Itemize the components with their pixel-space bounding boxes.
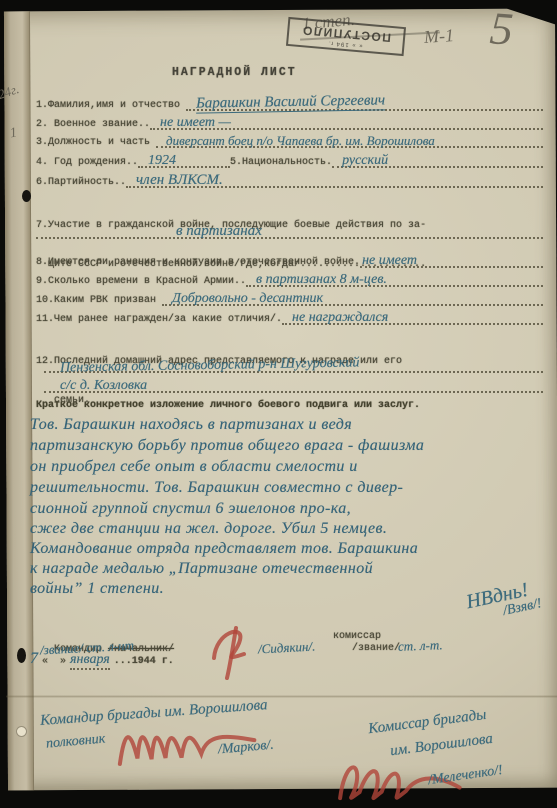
field-value: в партизанах 8 м-цев. xyxy=(256,272,387,288)
commander-name: /Сидякин/. xyxy=(258,639,316,658)
field-address-line1: Пензенская обл. Сосновоборский р-н Шугур… xyxy=(44,356,543,373)
date-month: января xyxy=(70,652,110,670)
citation-line: он приобрел себе опыт в области смелости… xyxy=(30,458,545,476)
citation-line: Командование отряда представляет тов. Ба… xyxy=(30,540,545,558)
dotted-line: Барашкин Василий Сергеевич xyxy=(186,92,543,111)
dotted-line: с/с д. Козловка xyxy=(44,374,543,393)
field-value: с/с д. Козловка xyxy=(60,378,147,394)
field-label: 2. Военное звание.. xyxy=(36,119,150,130)
date-quotes: « » xyxy=(42,656,66,667)
citation-line: сионной группой спустил 6 эшелонов про-к… xyxy=(30,500,545,518)
field-label: 3.Должность и часть xyxy=(36,137,156,148)
dotted-line: не награждался xyxy=(282,306,543,325)
dotted-line: не имеет xyxy=(360,249,543,268)
field-label: 11.Чем ранее награжден/за какие отличия/… xyxy=(36,314,282,325)
dotted-line: Добровольно - десантник xyxy=(162,287,543,306)
dotted-line: в партизанах 8 м-цев. xyxy=(246,268,543,287)
field-wounds: 8.Имеются ли ранения и контузии в отечес… xyxy=(36,251,543,268)
field-label: 8.Имеются ли ранения и контузии в отечес… xyxy=(36,257,360,268)
field-previous-awards: 11.Чем ранее награжден/за какие отличия/… xyxy=(36,308,543,325)
commissar-rank: ст. л-т. xyxy=(398,637,443,655)
signature-scribble-red xyxy=(200,620,266,682)
field-label: 4. Год рождения.. xyxy=(36,157,138,168)
field-value: не имеет xyxy=(362,253,417,269)
field-label: 6.Партийность.. xyxy=(36,177,126,188)
dotted-line: член ВЛКСМ. xyxy=(126,169,543,188)
citation-line: к награде медалью „Партизане отечественн… xyxy=(30,560,545,578)
citation-heading: Краткое конкретное изложение личного бое… xyxy=(36,399,420,412)
citation-line: сжег две станции на жел. дороге. Убил 5 … xyxy=(30,520,545,538)
punch-hole xyxy=(17,648,26,663)
date-year: ...1944 г. xyxy=(114,656,174,667)
field-unit: 3.Должность и часть диверсант боец п/о Ч… xyxy=(36,131,543,148)
dotted-line: русский xyxy=(332,149,543,168)
field-service-time: 9.Сколько времени в Красной Армии.. в па… xyxy=(36,270,543,287)
citation-line: решительности. Тов. Барашкин совместно с… xyxy=(30,479,545,497)
citation-line: Тов. Барашкин находясь в партизанах и ве… xyxy=(30,416,545,434)
field-label: 5.Национальность. xyxy=(230,157,332,168)
field-value: не награждался xyxy=(292,310,388,326)
field-birth-nationality: 4. Год рождения.. 1924 5.Национальность.… xyxy=(36,151,543,168)
punch-hole xyxy=(22,190,31,202)
document-title: НАГРАДНОЙ ЛИСТ xyxy=(172,66,297,79)
citation-line: партизанскую борьбу против общего врага … xyxy=(30,437,545,455)
dotted-line: в партизанах xyxy=(36,220,543,239)
field-party: 6.Партийность.. член ВЛКСМ. xyxy=(36,171,543,188)
field-label: 1.Фамилия,имя и отчество xyxy=(36,100,186,111)
field-label: 10.Каким РВК призван xyxy=(36,295,162,306)
punch-hole xyxy=(16,726,27,737)
field-war-participation-value: в партизанах xyxy=(36,222,543,239)
field-address-line2: с/с д. Козловка xyxy=(44,376,543,393)
field-value: диверсант боец п/о Чапаева бр. им. Ворош… xyxy=(166,133,435,149)
field-rank: 2. Военное звание.. не имеет — xyxy=(36,113,543,130)
field-value: Добровольно - десантник xyxy=(172,291,323,307)
commissar-rank-label: /звание/ xyxy=(352,642,400,655)
field-drafted-by: 10.Каким РВК призван Добровольно - десан… xyxy=(36,289,543,306)
field-surname: 1.Фамилия,имя и отчество Барашкин Васили… xyxy=(36,94,543,111)
fold-crease xyxy=(6,695,557,698)
pencil-note-code: М-1 xyxy=(423,25,454,48)
scanned-award-sheet: 1 степ. М-1 5 24г. 1 « » 194 г. ПОСТУПИЛ… xyxy=(0,0,557,808)
pencil-page-number: 5 xyxy=(488,1,515,55)
dotted-line: 1924 xyxy=(138,149,230,168)
field-label: 9.Сколько времени в Красной Армии.. xyxy=(36,276,246,287)
field-value: русский xyxy=(342,153,388,169)
date-day: 7 xyxy=(30,650,38,668)
date-line: 7 « » января ...1944 г. xyxy=(30,650,174,670)
dotted-line: диверсант боец п/о Чапаева бр. им. Ворош… xyxy=(156,129,543,148)
field-value: член ВЛКСМ. xyxy=(136,172,223,189)
field-value: в партизанах xyxy=(176,223,262,240)
dotted-line: Пензенская обл. Сосновоборский р-н Шугур… xyxy=(44,354,543,373)
field-value: 1924 xyxy=(148,153,176,169)
dotted-line: не имеет — xyxy=(150,111,543,130)
